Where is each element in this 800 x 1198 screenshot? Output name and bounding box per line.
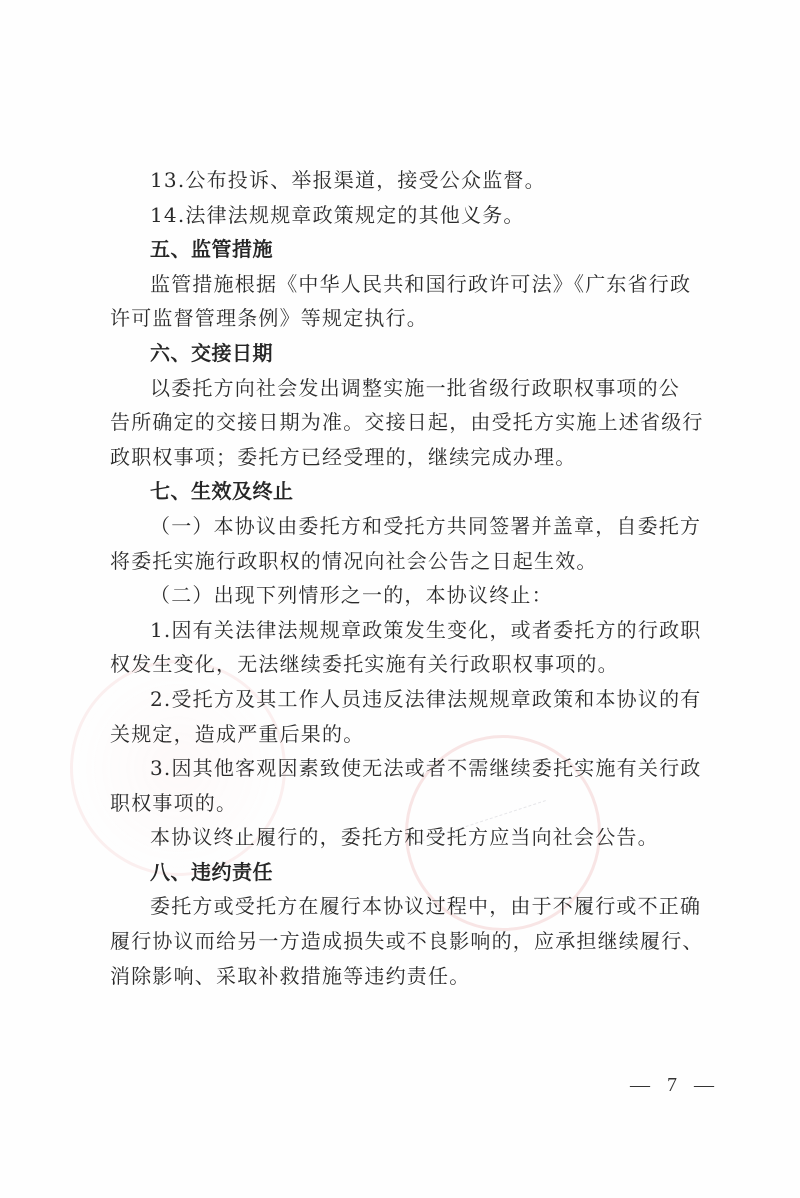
paragraph-line: 许可监督管理条例》等规定执行。 bbox=[110, 301, 690, 336]
section-heading-supervision: 五、监管措施 bbox=[110, 232, 690, 267]
paragraph-line: 本协议终止履行的，委托方和受托方应当向社会公告。 bbox=[110, 820, 690, 855]
paragraph-line: 消除影响、采取补救措施等违约责任。 bbox=[110, 959, 690, 994]
section-heading-handover-date: 六、交接日期 bbox=[110, 336, 690, 371]
paragraph-line: 政职权事项；委托方已经受理的，继续完成办理。 bbox=[110, 440, 690, 475]
termination-item-3: 3.因其他客观因素致使无法或者不需继续委托实施有关行政 bbox=[110, 751, 690, 786]
paragraph-line: 将委托实施行政职权的情况向社会公告之日起生效。 bbox=[110, 544, 690, 579]
paragraph-line: 委托方或受托方在履行本协议过程中，由于不履行或不正确 bbox=[110, 889, 690, 924]
paragraph-line: 履行协议而给另一方造成损失或不良影响的，应承担继续履行、 bbox=[110, 924, 690, 959]
paragraph-line: 权发生变化，无法继续委托实施有关行政职权事项的。 bbox=[110, 647, 690, 682]
paragraph-line: 告所确定的交接日期为准。交接日起，由受托方实施上述省级行 bbox=[110, 405, 690, 440]
termination-item-1: 1.因有关法律法规规章政策发生变化，或者委托方的行政职 bbox=[110, 613, 690, 648]
paragraph-line: 关规定，造成严重后果的。 bbox=[110, 717, 690, 752]
clause-13: 13.公布投诉、举报渠道，接受公众监督。 bbox=[110, 163, 690, 198]
document-body: 13.公布投诉、举报渠道，接受公众监督。 14.法律法规规章政策规定的其他义务。… bbox=[110, 163, 690, 993]
section-heading-liability: 八、违约责任 bbox=[110, 855, 690, 890]
section-heading-effect-termination: 七、生效及终止 bbox=[110, 474, 690, 509]
clause-14: 14.法律法规规章政策规定的其他义务。 bbox=[110, 198, 690, 233]
paragraph-line: （二）出现下列情形之一的，本协议终止： bbox=[110, 578, 690, 613]
paragraph-line: 职权事项的。 bbox=[110, 786, 690, 821]
paragraph-line: 以委托方向社会发出调整实施一批省级行政职权事项的公 bbox=[110, 371, 690, 406]
document-page: 13.公布投诉、举报渠道，接受公众监督。 14.法律法规规章政策规定的其他义务。… bbox=[0, 0, 800, 1198]
page-number: — 7 — bbox=[630, 1074, 720, 1097]
paragraph-line: （一）本协议由委托方和受托方共同签署并盖章，自委托方 bbox=[110, 509, 690, 544]
paragraph-line: 监管措施根据《中华人民共和国行政许可法》《广东省行政 bbox=[110, 267, 690, 302]
termination-item-2: 2.受托方及其工作人员违反法律法规规章政策和本协议的有 bbox=[110, 682, 690, 717]
